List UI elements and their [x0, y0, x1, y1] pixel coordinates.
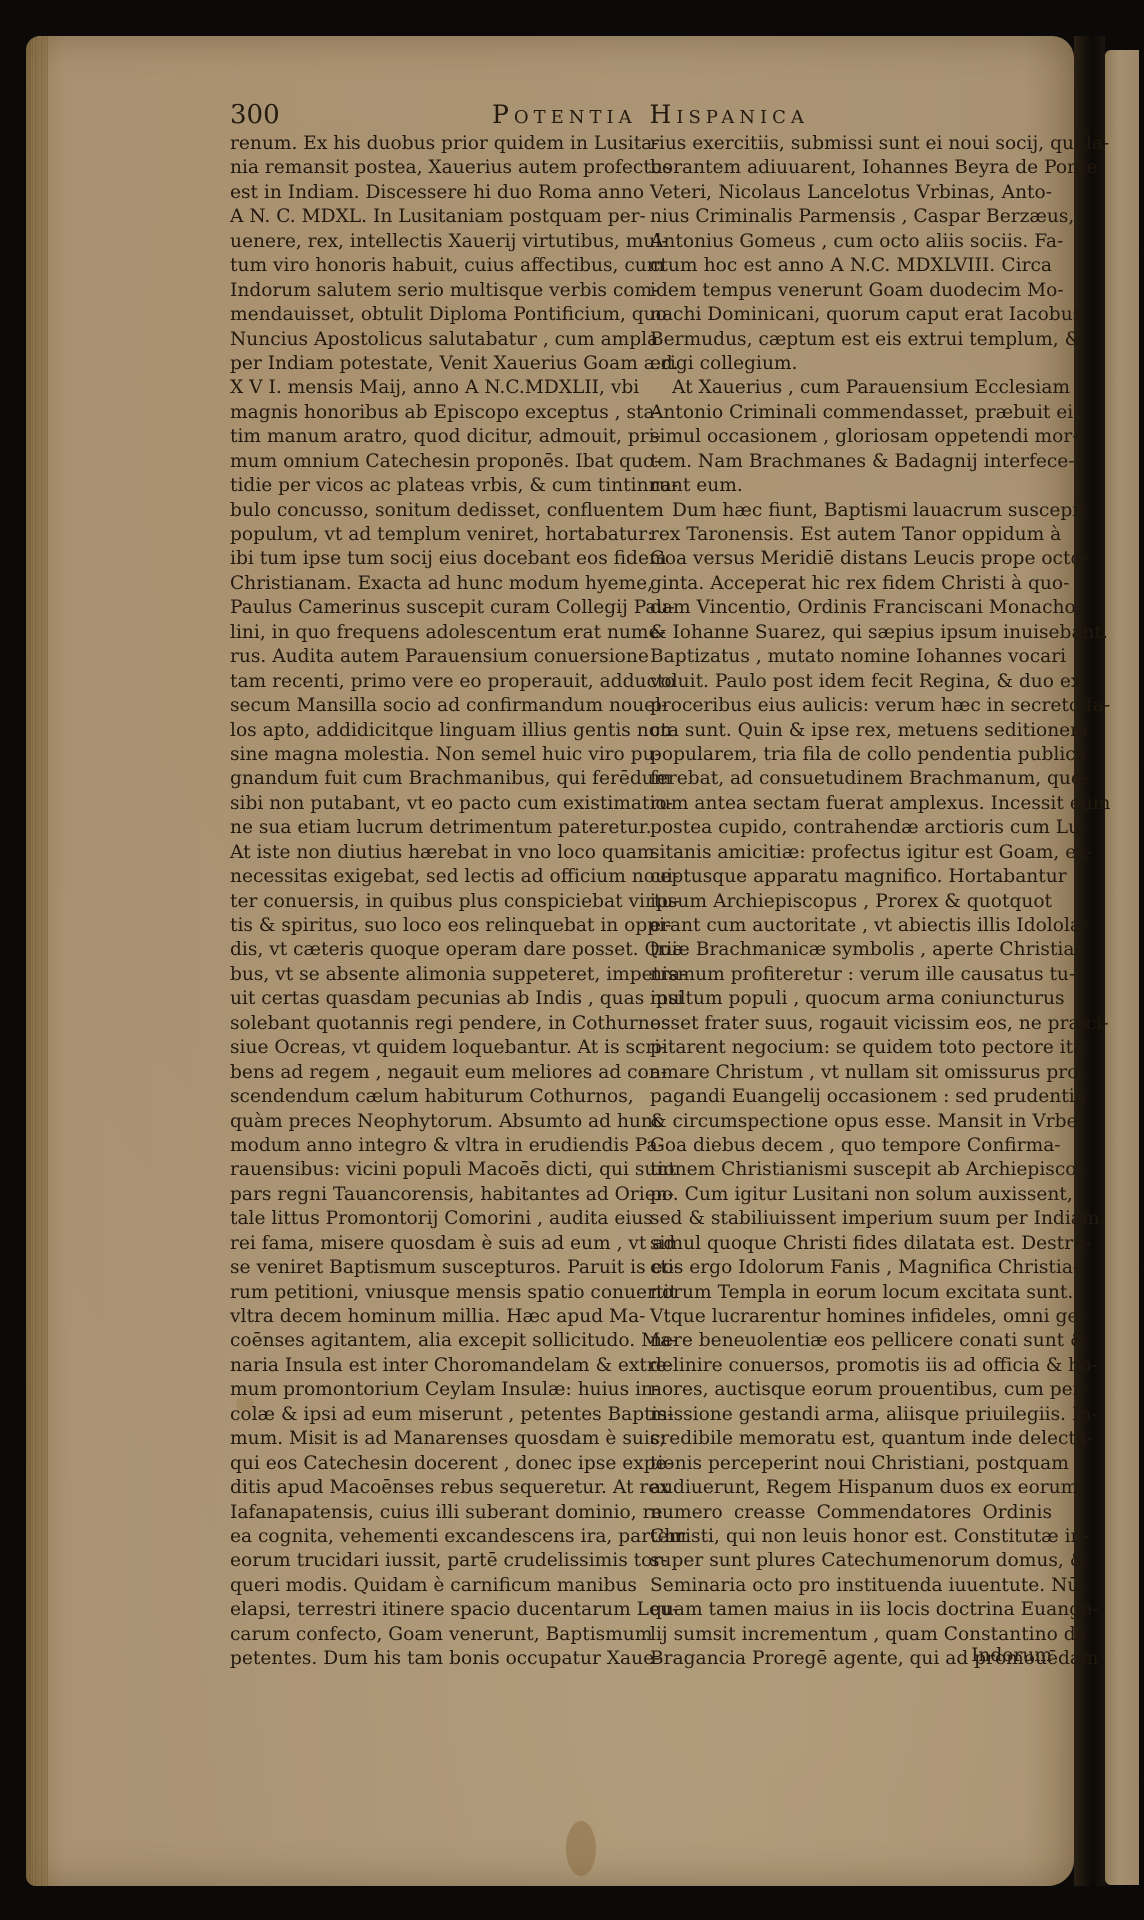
text-line: Iafanapatensis, cuius illi suberant domi…: [230, 1501, 628, 1525]
text-line: tum viro honoris habuit, cuius affectibu…: [230, 254, 628, 278]
text-line: uit certas quasdam pecunias ab Indis , q…: [230, 987, 628, 1011]
text-line: naria Insula est inter Choromandelam & e…: [230, 1354, 628, 1378]
text-line: los apto, addidicitque linguam illius ge…: [230, 719, 628, 743]
text-line: dam Vincentio, Ordinis Franciscani Monac…: [650, 596, 1052, 620]
foxing-stain: [566, 1821, 596, 1876]
text-line: delinire conuersos, promotis iis ad offi…: [650, 1354, 1052, 1378]
text-line: ctum hoc est anno A N.C. MDXLVIII. Circa: [650, 254, 1052, 278]
text-line: Antonio Criminali commendasset, præbuit …: [650, 401, 1052, 425]
text-line: erigi collegium.: [650, 352, 1052, 376]
text-line: pars regni Tauancorensis, habitantes ad …: [230, 1183, 628, 1207]
text-line: Seminaria octo pro instituenda iuuentute…: [650, 1574, 1052, 1598]
text-line: bulo concusso, sonitum dedisset, conflue…: [230, 499, 628, 523]
text-line: nachi Dominicani, quorum caput erat Iaco…: [650, 303, 1052, 327]
text-line: petentes. Dum his tam bonis occupatur Xa…: [230, 1647, 628, 1671]
text-line: se veniret Baptismum suscepturos. Paruit…: [230, 1256, 628, 1280]
text-line: carum confecto, Goam venerunt, Baptismum: [230, 1623, 628, 1647]
text-line: ter conuersis, in quibus plus conspicieb…: [230, 890, 628, 914]
text-line: rius exercitiis, submissi sunt ei noui s…: [650, 132, 1052, 156]
text-line: mum omnium Catechesin proponēs. Ibat quo…: [230, 450, 628, 474]
text-line: queri modis. Quidam è carnificum manibus: [230, 1574, 628, 1598]
page-fore-edge: [26, 36, 48, 1886]
text-line: nere beneuolentiæ eos pellicere conati s…: [650, 1329, 1052, 1353]
text-line: rei fama, misere quosdam è suis ad eum ,…: [230, 1232, 628, 1256]
text-line: ne sua etiam lucrum detrimentum pateretu…: [230, 816, 628, 840]
text-line: lini, in quo frequens adolescentum erat …: [230, 621, 628, 645]
text-line: renum. Ex his duobus prior quidem in Lus…: [230, 132, 628, 156]
text-line: ibi tum ipse tum socij eius docebant eos…: [230, 547, 628, 571]
text-line: norum Templa in eorum locum excitata sun…: [650, 1281, 1052, 1305]
text-line: Bermudus, cæptum est eis extrui templum,…: [650, 328, 1052, 352]
running-title: Potentia Hispanica: [492, 100, 809, 129]
text-line: ctis ergo Idolorum Fanis , Magnifica Chr…: [650, 1256, 1052, 1280]
text-line: nismum profiteretur : verum ille causatu…: [650, 963, 1052, 987]
text-line: siue Ocreas, vt quidem loquebantur. At i…: [230, 1036, 628, 1060]
text-line: X V I. mensis Maij, anno A N.C.MDXLII, v…: [230, 376, 628, 400]
text-line: rum petitioni, vniusque mensis spatio co…: [230, 1281, 628, 1305]
text-line: Nuncius Apostolicus salutabatur , cum am…: [230, 328, 628, 352]
text-line: tale littus Promontorij Comorini , audit…: [230, 1207, 628, 1231]
text-line: & Iohanne Suarez, qui sæpius ipsum inuis…: [650, 621, 1052, 645]
text-line: ipsum Archiepiscopus , Prorex & quotquot: [650, 890, 1052, 914]
catchword: Indorum: [650, 1645, 1052, 1666]
text-line: vltra decem hominum millia. Hæc apud Ma-: [230, 1305, 628, 1329]
text-line: pitarent negocium: se quidem toto pector…: [650, 1036, 1052, 1060]
text-line: uenere, rex, intellectis Xauerij virtuti…: [230, 230, 628, 254]
text-line: missione gestandi arma, aliisque priuile…: [650, 1403, 1052, 1427]
text-line: popularem, tria fila de collo pendentia …: [650, 743, 1052, 767]
text-line: multum populi , quocum arma coniuncturus: [650, 987, 1052, 1011]
text-line: mum promontorium Ceylam Insulæ: huius in…: [230, 1378, 628, 1402]
text-line: mendauisset, obtulit Diploma Pontificium…: [230, 303, 628, 327]
text-line: super sunt plures Catechumenorum domus, …: [650, 1549, 1052, 1573]
text-line: tidie per vicos ac plateas vrbis, & cum …: [230, 474, 628, 498]
text-line: A N. C. MDXL. In Lusitaniam postquam per…: [230, 205, 628, 229]
text-line: sed & stabiliuissent imperium suum per I…: [650, 1207, 1052, 1231]
text-line: po. Cum igitur Lusitani non solum auxiss…: [650, 1183, 1052, 1207]
text-line: Goa diebus decem , quo tempore Confirma-: [650, 1134, 1052, 1158]
text-line: esset frater suus, rogauit vicissim eos,…: [650, 1012, 1052, 1036]
text-line: idem tempus venerunt Goam duodecim Mo-: [650, 279, 1052, 303]
text-line: cta sunt. Quin & ipse rex, metuens sedit…: [650, 719, 1052, 743]
text-line: bus, vt se absente alimonia suppeteret, …: [230, 963, 628, 987]
text-line: bens ad regem , negauit eum meliores ad …: [230, 1061, 628, 1085]
text-line: solebant quotannis regi pendere, in Coth…: [230, 1012, 628, 1036]
page-number: 300: [230, 100, 280, 130]
text-line: rum antea sectam fuerat amplexus. Incess…: [650, 792, 1052, 816]
text-line: Christi, qui non leuis honor est. Consti…: [650, 1525, 1052, 1549]
text-line: At Xauerius , cum Parauensium Ecclesiam: [650, 376, 1052, 400]
text-line: lij sumsit incrementum , quam Constantin…: [650, 1623, 1052, 1647]
text-line: qui eos Catechesin docerent , donec ipse…: [230, 1452, 628, 1476]
text-line: numero creasse Commendatores Ordinis: [650, 1501, 1052, 1525]
text-line: runt eum.: [650, 474, 1052, 498]
next-page-edge: [1105, 50, 1139, 1885]
text-line: simul quoque Christi fides dilatata est.…: [650, 1232, 1052, 1256]
text-line: ferebat, ad consuetudinem Brachmanum, qu…: [650, 767, 1052, 791]
text-line: nores, auctisque eorum prouentibus, cum …: [650, 1378, 1052, 1402]
text-line: Dum hæc fiunt, Baptismi lauacrum suscepi…: [650, 499, 1052, 523]
text-line: quam tamen maius in iis locis doctrina E…: [650, 1598, 1052, 1622]
text-line: Paulus Camerinus suscepit curam Collegij…: [230, 596, 628, 620]
text-line: pagandi Euangelij occasionem : sed prude…: [650, 1085, 1052, 1109]
text-line: nia remansit postea, Xauerius autem prof…: [230, 156, 628, 180]
text-line: triæ Brachmanicæ symbolis , aperte Chris…: [650, 938, 1052, 962]
text-line: elapsi, terrestri itinere spacio ducenta…: [230, 1598, 628, 1622]
text-line: tem. Nam Brachmanes & Badagnij interfece…: [650, 450, 1052, 474]
text-line: borantem adiuuarent, Iohannes Beyra de P…: [650, 156, 1052, 180]
text-line: voluit. Paulo post idem fecit Regina, & …: [650, 670, 1052, 694]
text-line: per Indiam potestate, Venit Xauerius Goa…: [230, 352, 628, 376]
text-line: rauensibus: vicini populi Macoēs dicti, …: [230, 1158, 628, 1182]
text-line: Veteri, Nicolaus Lancelotus Vrbinas, Ant…: [650, 181, 1052, 205]
text-line: tim manum aratro, quod dicitur, admouit,…: [230, 425, 628, 449]
page-header: 300 Potentia Hispanica: [230, 100, 1050, 130]
text-line: secum Mansilla socio ad confirmandum nou…: [230, 694, 628, 718]
text-line: tionem Christianismi suscepit ab Archiep…: [650, 1158, 1052, 1182]
text-line: magnis honoribus ab Episcopo exceptus , …: [230, 401, 628, 425]
text-line: Antonius Gomeus , cum octo aliis sociis.…: [650, 230, 1052, 254]
text-line: necessitas exigebat, sed lectis ad offic…: [230, 865, 628, 889]
text-line: sitanis amicitiæ: profectus igitur est G…: [650, 841, 1052, 865]
text-line: tionis perceperint noui Christiani, post…: [650, 1452, 1052, 1476]
text-line: ceptusque apparatu magnifico. Hortabantu…: [650, 865, 1052, 889]
text-line: audiuerunt, Regem Hispanum duos ex eorum: [650, 1476, 1052, 1500]
text-line: sine magna molestia. Non semel huic viro…: [230, 743, 628, 767]
text-line: amare Christum , vt nullam sit omissurus…: [650, 1061, 1052, 1085]
right-text-column: rius exercitiis, submissi sunt ei noui s…: [650, 132, 1052, 1672]
text-line: simul occasionem , gloriosam oppetendi m…: [650, 425, 1052, 449]
text-line: rex Taronensis. Est autem Tanor oppidum …: [650, 523, 1052, 547]
text-line: nius Criminalis Parmensis , Caspar Berzæ…: [650, 205, 1052, 229]
text-line: gnandum fuit cum Brachmanibus, qui ferēd…: [230, 767, 628, 791]
left-text-column: renum. Ex his duobus prior quidem in Lus…: [230, 132, 628, 1672]
text-line: modum anno integro & vltra in erudiendis…: [230, 1134, 628, 1158]
text-line: eorum trucidari iussit, partē crudelissi…: [230, 1549, 628, 1573]
text-line: quàm preces Neophytorum. Absumto ad hunc: [230, 1110, 628, 1134]
text-line: At iste non diutius hærebat in vno loco …: [230, 841, 628, 865]
text-line: colæ & ipsi ad eum miserunt , petentes B…: [230, 1403, 628, 1427]
text-line: erant cum auctoritate , vt abiectis illi…: [650, 914, 1052, 938]
text-line: sibi non putabant, vt eo pacto cum exist…: [230, 792, 628, 816]
text-line: Goa versus Meridiē distans Leucis prope …: [650, 547, 1052, 571]
text-line: Indorum salutem serio multisque verbis c…: [230, 279, 628, 303]
text-line: tam recenti, primo vere eo properauit, a…: [230, 670, 628, 694]
text-line: Vtque lucrarentur homines infideles, omn…: [650, 1305, 1052, 1329]
text-line: ginta. Acceperat hic rex fidem Christi à…: [650, 572, 1052, 596]
text-line: rus. Audita autem Parauensium conuersion…: [230, 645, 628, 669]
text-line: Christianam. Exacta ad hunc modum hyeme,: [230, 572, 628, 596]
text-line: & circumspectione opus esse. Mansit in V…: [650, 1110, 1052, 1134]
text-line: credibile memoratu est, quantum inde del…: [650, 1427, 1052, 1451]
text-line: mum. Misit is ad Manarenses quosdam è su…: [230, 1427, 628, 1451]
text-line: postea cupido, contrahendæ arctioris cum…: [650, 816, 1052, 840]
text-line: coēnses agitantem, alia excepit sollicit…: [230, 1329, 628, 1353]
text-line: est in Indiam. Discessere hi duo Roma an…: [230, 181, 628, 205]
text-line: populum, vt ad templum veniret, hortabat…: [230, 523, 628, 547]
text-line: proceribus eius aulicis: verum hæc in se…: [650, 694, 1052, 718]
text-line: scendendum cælum habiturum Cothurnos,: [230, 1085, 628, 1109]
text-line: ea cognita, vehementi excandescens ira, …: [230, 1525, 628, 1549]
text-line: Baptizatus , mutato nomine Iohannes voca…: [650, 645, 1052, 669]
text-line: dis, vt cæteris quoque operam dare posse…: [230, 938, 628, 962]
text-line: ditis apud Macoēnses rebus sequeretur. A…: [230, 1476, 628, 1500]
text-line: tis & spiritus, suo loco eos relinquebat…: [230, 914, 628, 938]
